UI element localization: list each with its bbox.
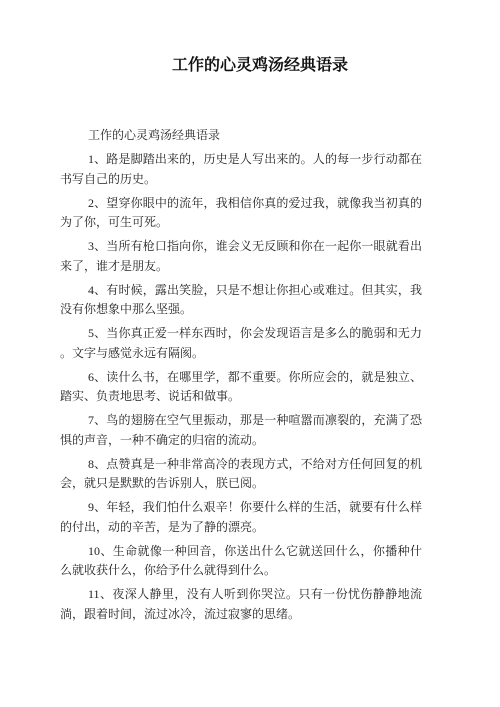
quote-paragraph: 3、当所有枪口指向你，谁会义无反顾和你在一起你一眼就看出来了，谁才是朋友。 [60, 237, 422, 276]
quote-list: 1、路是脚踏出来的，历史是人写出来的。人的每一步行动都在书写自己的历史。2、望穿… [60, 150, 422, 624]
document-subtitle: 工作的心灵鸡汤经典语录 [60, 126, 422, 146]
quote-paragraph: 5、当你真正爱一样东西时，你会发现语言是多么的脆弱和无力。文字与感觉永远有隔阂。 [60, 324, 422, 363]
quote-paragraph: 8、点赞真是一种非常高冷的表现方式，不给对方任何回复的机会，就只是默默的告诉别人… [60, 455, 422, 494]
document-page: 工作的心灵鸡汤经典语录 工作的心灵鸡汤经典语录 1、路是脚踏出来的，历史是人写出… [0, 0, 500, 707]
quote-paragraph: 2、望穿你眼中的流年，我相信你真的爱过我，就像我当初真的为了你，可生可死。 [60, 194, 422, 233]
quote-paragraph: 4、有时候，露出笑脸，只是不想让你担心或难过。但其实，我没有你想象中那么坚强。 [60, 281, 422, 320]
page-title: 工作的心灵鸡汤经典语录 [79, 54, 441, 78]
quote-paragraph: 7、鸟的翅膀在空气里振动，那是一种喧嚣而凛裂的，充满了恐惧的声音，一种不确定的归… [60, 411, 422, 450]
quote-paragraph: 10、生命就像一种回音，你送出什么它就送回什么，你播种什么就收获什么，你给予什么… [60, 542, 422, 581]
quote-paragraph: 9、年轻，我们怕什么艰辛！你要什么样的生活，就要有什么样的付出，动的辛苦，是为了… [60, 498, 422, 537]
quote-paragraph: 1、路是脚踏出来的，历史是人写出来的。人的每一步行动都在书写自己的历史。 [60, 150, 422, 189]
quote-paragraph: 6、读什么书，在哪里学，都不重要。你所应会的，就是独立、踏实、负责地思考、说话和… [60, 368, 422, 407]
quote-paragraph: 11、夜深人静里，没有人听到你哭泣。只有一份忧伤静静地流淌，跟着时间，流过冰冷，… [60, 585, 422, 624]
